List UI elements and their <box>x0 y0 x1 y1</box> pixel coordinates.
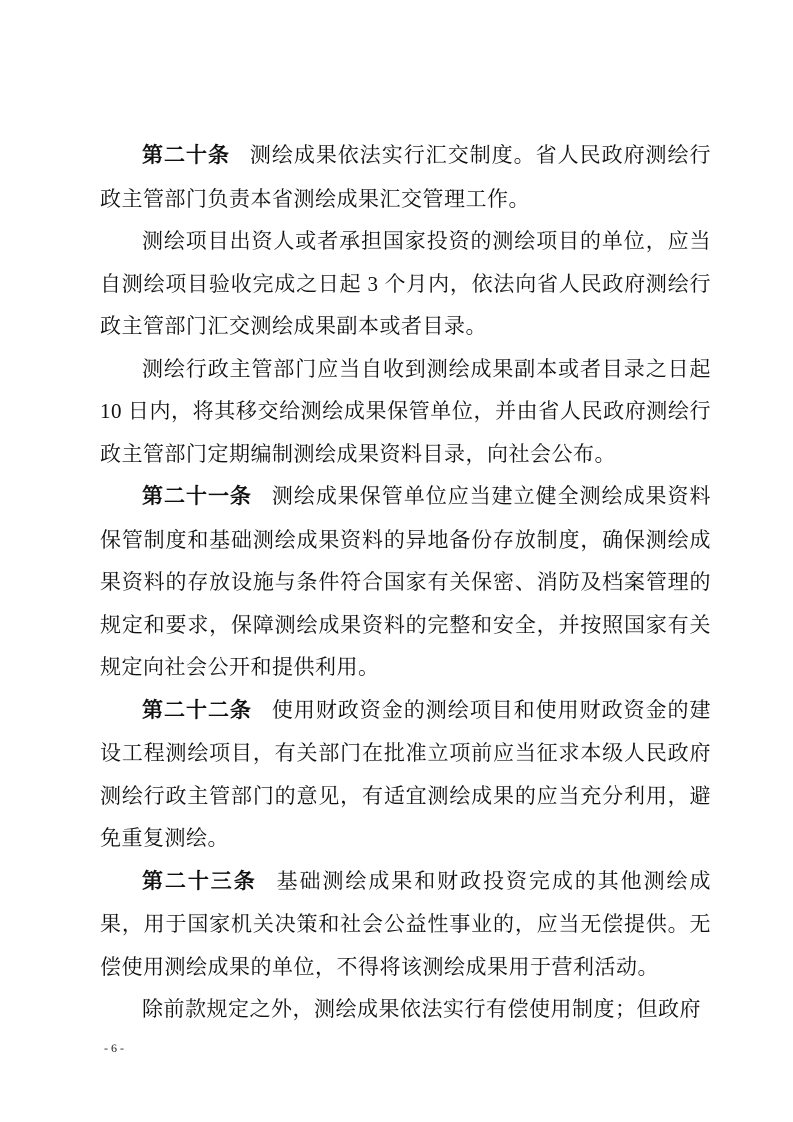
article-20-clause-2-text: 测绘项目出资人或者承担国家投资的测绘项目的单位，应当自测绘项目验收完成之日起 3… <box>100 229 711 338</box>
paragraph-article-23-clause-2: 除前款规定之外，测绘成果依法实行有偿使用制度；但政府 <box>100 988 711 1031</box>
article-20-clause-3-text: 测绘行政主管部门应当自收到测绘成果副本或者目录之日起 10 日内，将其移交给测绘… <box>100 357 711 466</box>
paragraph-article-20-clause-3: 测绘行政主管部门应当自收到测绘成果副本或者目录之日起 10 日内，将其移交给测绘… <box>100 348 711 476</box>
article-21-text: 测绘成果保管单位应当建立健全测绘成果资料保管制度和基础测绘成果资料的异地备份存放… <box>100 484 711 679</box>
paragraph-article-23: 第二十三条基础测绘成果和财政投资完成的其他测绘成果，用于国家机关决策和社会公益性… <box>100 860 711 989</box>
paragraph-article-20-clause-2: 测绘项目出资人或者承担国家投资的测绘项目的单位，应当自测绘项目验收完成之日起 3… <box>100 220 711 348</box>
article-20-number: 第二十条 <box>142 144 230 167</box>
paragraph-article-22: 第二十二条使用财政资金的测绘项目和使用财政资金的建设工程测绘项目，有关部门在批准… <box>100 689 711 860</box>
paragraph-article-21: 第二十一条测绘成果保管单位应当建立健全测绘成果资料保管制度和基础测绘成果资料的异… <box>100 475 711 689</box>
article-22-number: 第二十二条 <box>142 699 252 722</box>
article-23-number: 第二十三条 <box>142 870 257 893</box>
article-23-clause-2-text: 除前款规定之外，测绘成果依法实行有偿使用制度；但政府 <box>142 997 701 1021</box>
document-body: 第二十条测绘成果依法实行汇交制度。省人民政府测绘行政主管部门负责本省测绘成果汇交… <box>100 134 711 1031</box>
page-number: - 6 - <box>104 1040 124 1056</box>
document-page: 第二十条测绘成果依法实行汇交制度。省人民政府测绘行政主管部门负责本省测绘成果汇交… <box>0 0 793 1122</box>
article-21-number: 第二十一条 <box>142 485 252 508</box>
paragraph-article-20: 第二十条测绘成果依法实行汇交制度。省人民政府测绘行政主管部门负责本省测绘成果汇交… <box>100 134 711 220</box>
